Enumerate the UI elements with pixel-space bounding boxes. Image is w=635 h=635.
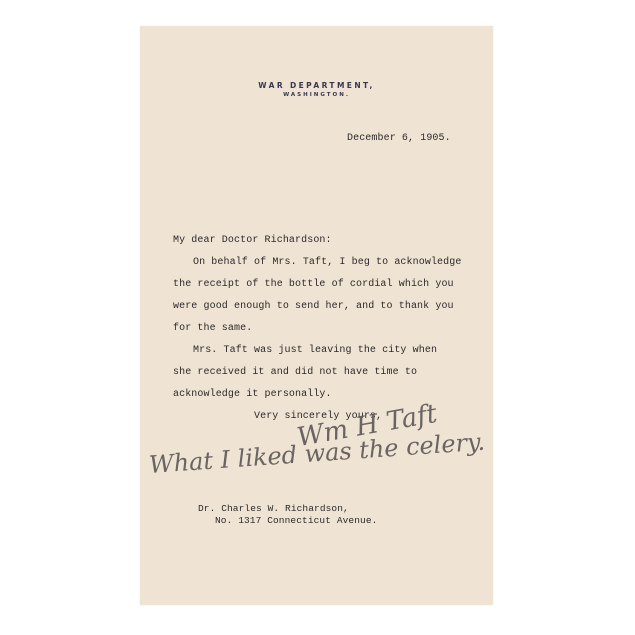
letter-page: WAR DEPARTMENT, WASHINGTON. December 6, …	[140, 26, 493, 605]
letter-date: December 6, 1905.	[347, 133, 451, 144]
recipient-name: Dr. Charles W. Richardson,	[198, 503, 349, 514]
body-line-1: On behalf of Mrs. Taft, I beg to acknowl…	[193, 257, 461, 268]
recipient-address: No. 1317 Connecticut Avenue.	[215, 515, 377, 526]
body-line-7: acknowledge it personally.	[173, 389, 332, 400]
body-line-6: she received it and did not have time to	[173, 367, 417, 378]
body-line-5: Mrs. Taft was just leaving the city when	[193, 345, 437, 356]
letterhead-organization: WAR DEPARTMENT,	[140, 81, 493, 90]
body-line-3: were good enough to send her, and to tha…	[173, 301, 454, 312]
body-line-2: the receipt of the bottle of cordial whi…	[173, 279, 454, 290]
salutation: My dear Doctor Richardson:	[173, 235, 332, 246]
body-line-4: for the same.	[173, 323, 252, 334]
letterhead-city: WASHINGTON.	[140, 92, 493, 98]
